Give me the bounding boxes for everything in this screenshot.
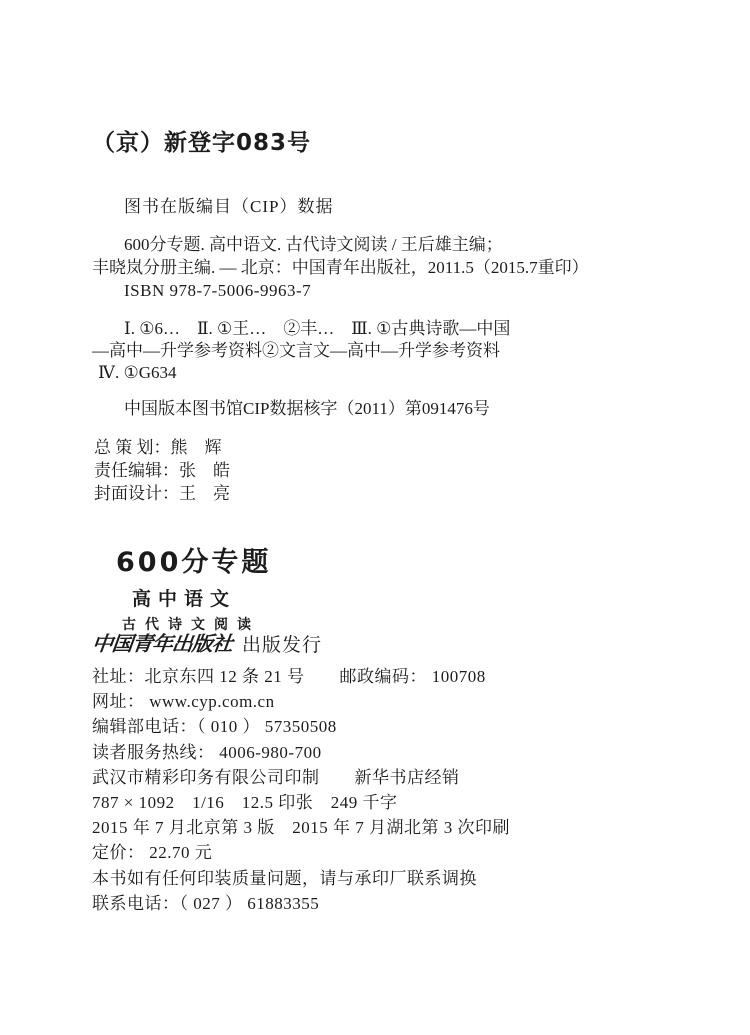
colophon-address-line: 社址：北京东四 12 条 21 号 邮政编码： 100708 [92, 664, 672, 689]
credit-executive-editor: 责任编辑：张 皓 [94, 459, 230, 482]
subject-title: 高中语文 [92, 584, 271, 611]
classification-line3: Ⅳ. ①G634 [92, 362, 652, 384]
colophon-contact-phone: 联系电话：（ 027 ） 61883355 [92, 891, 672, 916]
colophon-block: 社址：北京东四 12 条 21 号 邮政编码： 100708 网址： www.c… [92, 664, 672, 916]
credit-role: 封面设计： [94, 484, 179, 503]
colophon-price-line: 定价： 22.70 元 [92, 840, 672, 865]
publisher-logo: 中国青年出版社 [91, 629, 234, 658]
colophon-editorial-phone: 编辑部电话：（ 010 ） 57350508 [92, 714, 672, 739]
book-title-block: 600分专题 高中语文 古代诗文阅读 [92, 540, 271, 634]
credit-role: 责任编辑： [94, 461, 179, 480]
series-title: 600分专题 [92, 540, 271, 579]
colophon-quality-notice: 本书如有任何印装质量问题，请与承印厂联系调换 [92, 866, 672, 891]
credit-name: 熊 辉 [171, 438, 222, 457]
colophon-printer-line: 武汉市精彩印务有限公司印制 新华书店经销 [92, 765, 672, 790]
colophon-service-hotline: 读者服务热线： 4006-980-700 [92, 740, 672, 765]
cip-heading: 图书在版编目（CIP）数据 [124, 192, 333, 217]
cip-entry-line1: 600分专题. 高中语文. 古代诗文阅读 / 王后雄主编； [92, 234, 652, 256]
classification-line1: Ⅰ. ①6… Ⅱ. ①王… ②丰… Ⅲ. ①古典诗歌—中国 [92, 318, 652, 340]
credit-role: 总 策 划： [94, 438, 171, 457]
credit-cover-designer: 封面设计：王 亮 [94, 482, 230, 505]
credit-name: 张 皓 [179, 461, 230, 480]
credit-name: 王 亮 [179, 484, 230, 503]
isbn-line: ISBN 978-7-5006-9963-7 [92, 280, 652, 302]
cip-entry-line2: 丰晓岚分册主编. — 北京：中国青年出版社，2011.5（2015.7重印） [92, 257, 652, 279]
credit-chief-planner: 总 策 划：熊 辉 [94, 436, 230, 459]
cip-classification-block: Ⅰ. ①6… Ⅱ. ①王… ②丰… Ⅲ. ①古典诗歌—中国 —高中—升学参考资料… [92, 318, 652, 384]
registration-number-line: （京）新登字083号 [92, 124, 311, 157]
credits-block: 总 策 划：熊 辉 责任编辑：张 皓 封面设计：王 亮 [94, 436, 230, 505]
cip-record-number-line: 中国版本图书馆CIP数据核字（2011）第091476号 [124, 394, 490, 419]
copyright-page: （京）新登字083号 图书在版编目（CIP）数据 600分专题. 高中语文. 古… [0, 0, 750, 1035]
classification-line2: —高中—升学参考资料②文言文—高中—升学参考资料 [92, 340, 652, 362]
publisher-line: 中国青年出版社出版发行 [92, 628, 322, 658]
publisher-suffix: 出版发行 [242, 635, 322, 656]
colophon-edition-line: 2015 年 7 月北京第 3 版 2015 年 7 月湖北第 3 次印刷 [92, 815, 672, 840]
colophon-format-line: 787 × 1092 1/16 12.5 印张 249 千字 [92, 790, 672, 815]
colophon-website-line: 网址： www.cyp.com.cn [92, 689, 672, 714]
cip-entry-block: 600分专题. 高中语文. 古代诗文阅读 / 王后雄主编； 丰晓岚分册主编. —… [92, 234, 652, 303]
